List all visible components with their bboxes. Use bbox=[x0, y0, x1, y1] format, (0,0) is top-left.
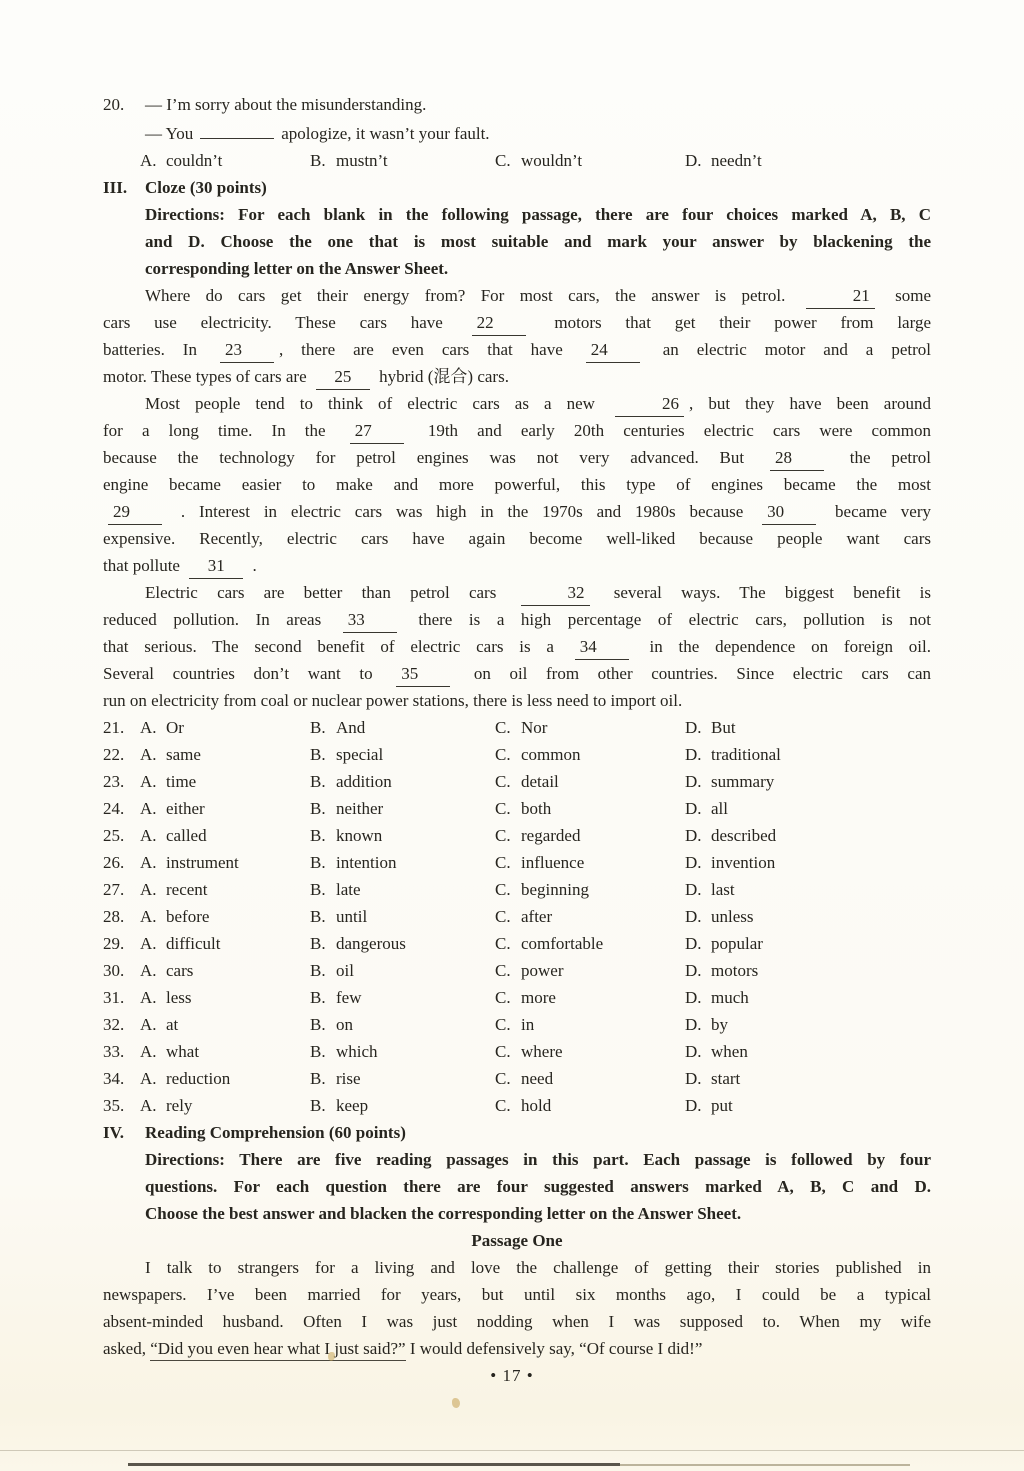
directions-line: Directions: For each blank in the follow… bbox=[145, 201, 931, 228]
directions-line: and D. Choose the one that is most suita… bbox=[145, 228, 931, 255]
page-number: • 17 • bbox=[0, 1366, 1024, 1386]
option-cell: A.rely bbox=[140, 1092, 310, 1119]
section-iii-directions: Directions: For each blank in the follow… bbox=[145, 201, 931, 282]
options-row: 23.A.timeB.additionC.detailD.summary bbox=[103, 768, 931, 795]
answer-blank bbox=[200, 118, 274, 139]
option-letter: A. bbox=[140, 876, 166, 903]
option-cell: A.time bbox=[140, 768, 310, 795]
option-letter: C. bbox=[495, 822, 521, 849]
option-cell: B.oil bbox=[310, 957, 495, 984]
option-letter: D. bbox=[685, 822, 711, 849]
option-letter: A. bbox=[140, 1011, 166, 1038]
option-cell: B.special bbox=[310, 741, 495, 768]
option-cell: B.keep bbox=[310, 1092, 495, 1119]
option-cell: C.wouldn’t bbox=[495, 147, 685, 174]
option-cell: D.start bbox=[685, 1065, 931, 1092]
options-row: 32.A.atB.onC.inD.by bbox=[103, 1011, 931, 1038]
cloze-blank-34: 34 bbox=[575, 636, 629, 660]
option-cell: B.until bbox=[310, 903, 495, 930]
option-letter: B. bbox=[310, 714, 336, 741]
option-cell: B.dangerous bbox=[310, 930, 495, 957]
section-iv-numeral: IV. bbox=[103, 1119, 145, 1146]
cloze-blank-31: 31 bbox=[189, 555, 243, 579]
question-20-line2-pre: — You bbox=[145, 124, 193, 143]
option-letter: D. bbox=[685, 147, 711, 174]
section-iv-header: IV. Reading Comprehension (60 points) bbox=[103, 1119, 931, 1146]
option-letter: D. bbox=[685, 768, 711, 795]
cloze-options: 21.A.OrB.AndC.NorD.But22.A.sameB.special… bbox=[103, 714, 931, 1119]
cloze-blank-27: 27 bbox=[350, 420, 404, 444]
cloze-line: batteries. In 23, there are even cars th… bbox=[103, 336, 931, 363]
option-cell: B.late bbox=[310, 876, 495, 903]
option-number: 24. bbox=[103, 795, 140, 822]
option-cell: B.neither bbox=[310, 795, 495, 822]
option-cell: C.after bbox=[495, 903, 685, 930]
option-letter: C. bbox=[495, 147, 521, 174]
option-letter: D. bbox=[685, 930, 711, 957]
directions-line: questions. For each question there are f… bbox=[145, 1173, 931, 1200]
question-20-options: A.couldn’tB.mustn’tC.wouldn’tD.needn’t bbox=[103, 147, 931, 174]
option-letter: A. bbox=[140, 147, 166, 174]
cloze-blank-33: 33 bbox=[343, 609, 397, 633]
option-cell: C.detail bbox=[495, 768, 685, 795]
passage-line: I talk to strangers for a living and lov… bbox=[103, 1254, 931, 1281]
question-20-line1: — I’m sorry about the misunderstanding. bbox=[145, 91, 426, 118]
passage-one-title: Passage One bbox=[103, 1227, 931, 1254]
option-letter: B. bbox=[310, 984, 336, 1011]
option-letter: D. bbox=[685, 984, 711, 1011]
option-letter: C. bbox=[495, 849, 521, 876]
option-letter: D. bbox=[685, 795, 711, 822]
question-20: 20. — I’m sorry about the misunderstandi… bbox=[103, 91, 931, 118]
options-row: 27.A.recentB.lateC.beginningD.last bbox=[103, 876, 931, 903]
cloze-blank-29: 29 bbox=[108, 501, 162, 525]
option-letter: D. bbox=[685, 741, 711, 768]
option-cell: D.traditional bbox=[685, 741, 931, 768]
cloze-line: motor. These types of cars are 25 hybrid… bbox=[103, 363, 931, 390]
option-letter: A. bbox=[140, 930, 166, 957]
cloze-blank-26: 26 bbox=[615, 393, 684, 417]
option-cell: A.instrument bbox=[140, 849, 310, 876]
option-number: 25. bbox=[103, 822, 140, 849]
options-row: 24.A.eitherB.neitherC.bothD.all bbox=[103, 795, 931, 822]
options-row: 25.A.calledB.knownC.regardedD.described bbox=[103, 822, 931, 849]
cloze-line: 29 . Interest in electric cars was high … bbox=[103, 498, 931, 525]
cloze-line: Electric cars are better than petrol car… bbox=[103, 579, 931, 606]
option-letter: A. bbox=[140, 714, 166, 741]
option-letter: A. bbox=[140, 1065, 166, 1092]
option-letter: B. bbox=[310, 147, 336, 174]
options-row: 29.A.difficultB.dangerousC.comfortableD.… bbox=[103, 930, 931, 957]
cloze-line: cars use electricity. These cars have 22… bbox=[103, 309, 931, 336]
passage-line: absent-minded husband. Often I was just … bbox=[103, 1308, 931, 1335]
cloze-blank-24: 24 bbox=[586, 339, 640, 363]
options-row: 26.A.instrumentB.intentionC.influenceD.i… bbox=[103, 849, 931, 876]
option-cell: C.where bbox=[495, 1038, 685, 1065]
option-letter: B. bbox=[310, 1038, 336, 1065]
option-letter: B. bbox=[310, 903, 336, 930]
scan-stain bbox=[452, 1398, 460, 1408]
option-cell: B.on bbox=[310, 1011, 495, 1038]
cloze-paragraph: Electric cars are better than petrol car… bbox=[103, 579, 931, 714]
option-cell: B.mustn’t bbox=[310, 147, 495, 174]
section-iii-header: III. Cloze (30 points) bbox=[103, 174, 931, 201]
option-letter: C. bbox=[495, 1038, 521, 1065]
cloze-blank-28: 28 bbox=[770, 447, 824, 471]
option-letter: D. bbox=[685, 1065, 711, 1092]
options-row: 31.A.lessB.fewC.moreD.much bbox=[103, 984, 931, 1011]
scan-artifact-line bbox=[0, 1450, 1024, 1451]
cloze-passage: Where do cars get their energy from? For… bbox=[103, 282, 931, 714]
option-letter: D. bbox=[685, 1038, 711, 1065]
option-cell: A.reduction bbox=[140, 1065, 310, 1092]
option-cell: D.described bbox=[685, 822, 931, 849]
option-letter: B. bbox=[310, 1065, 336, 1092]
options-row: 21.A.OrB.AndC.NorD.But bbox=[103, 714, 931, 741]
option-letter: A. bbox=[140, 957, 166, 984]
cloze-line: engine became easier to make and more po… bbox=[103, 471, 931, 498]
cloze-blank-30: 30 bbox=[762, 501, 816, 525]
option-cell: A.at bbox=[140, 1011, 310, 1038]
option-letter: C. bbox=[495, 768, 521, 795]
option-cell: D.unless bbox=[685, 903, 931, 930]
passage-line: asked, “Did you even hear what I just sa… bbox=[103, 1335, 931, 1362]
option-cell: B.addition bbox=[310, 768, 495, 795]
option-letter: D. bbox=[685, 1092, 711, 1119]
option-number: 26. bbox=[103, 849, 140, 876]
directions-line: corresponding letter on the Answer Sheet… bbox=[145, 255, 931, 282]
option-cell: A.couldn’t bbox=[140, 147, 310, 174]
option-letter: D. bbox=[685, 714, 711, 741]
option-cell: D.But bbox=[685, 714, 931, 741]
option-cell: A.cars bbox=[140, 957, 310, 984]
option-cell: C.regarded bbox=[495, 822, 685, 849]
option-cell: A.same bbox=[140, 741, 310, 768]
section-iv-title: Reading Comprehension (60 points) bbox=[145, 1119, 406, 1146]
option-letter: C. bbox=[495, 957, 521, 984]
option-cell: A.difficult bbox=[140, 930, 310, 957]
option-cell: D.needn’t bbox=[685, 147, 931, 174]
cloze-line: Where do cars get their energy from? For… bbox=[103, 282, 931, 309]
cloze-blank-23: 23 bbox=[220, 339, 274, 363]
cloze-blank-22: 22 bbox=[472, 312, 526, 336]
option-cell: C.more bbox=[495, 984, 685, 1011]
option-letter: C. bbox=[495, 741, 521, 768]
option-letter: D. bbox=[685, 903, 711, 930]
option-cell: C.Nor bbox=[495, 714, 685, 741]
option-cell: A.either bbox=[140, 795, 310, 822]
cloze-line: Several countries don’t want to 35 on oi… bbox=[103, 660, 931, 687]
question-20-line2-post: apologize, it wasn’t your fault. bbox=[281, 124, 489, 143]
option-cell: B.which bbox=[310, 1038, 495, 1065]
option-number: 28. bbox=[103, 903, 140, 930]
option-number: 34. bbox=[103, 1065, 140, 1092]
option-cell: B.rise bbox=[310, 1065, 495, 1092]
option-letter: B. bbox=[310, 768, 336, 795]
cloze-line: that serious. The second benefit of elec… bbox=[103, 633, 931, 660]
option-number: 33. bbox=[103, 1038, 140, 1065]
option-letter: C. bbox=[495, 714, 521, 741]
option-letter: D. bbox=[685, 1011, 711, 1038]
option-cell: D.by bbox=[685, 1011, 931, 1038]
option-letter: C. bbox=[495, 1011, 521, 1038]
section-iii-numeral: III. bbox=[103, 174, 145, 201]
option-cell: D.summary bbox=[685, 768, 931, 795]
cloze-line: because the technology for petrol engine… bbox=[103, 444, 931, 471]
options-row: 34.A.reductionB.riseC.needD.start bbox=[103, 1065, 931, 1092]
options-row: 30.A.carsB.oilC.powerD.motors bbox=[103, 957, 931, 984]
option-number: 29. bbox=[103, 930, 140, 957]
options-row: 35.A.relyB.keepC.holdD.put bbox=[103, 1092, 931, 1119]
option-cell: B.And bbox=[310, 714, 495, 741]
option-cell: A.Or bbox=[140, 714, 310, 741]
option-cell: C.need bbox=[495, 1065, 685, 1092]
option-cell: A.less bbox=[140, 984, 310, 1011]
section-iii-title: Cloze (30 points) bbox=[145, 174, 267, 201]
option-cell: B.intention bbox=[310, 849, 495, 876]
option-letter: B. bbox=[310, 1011, 336, 1038]
option-letter: D. bbox=[685, 957, 711, 984]
option-letter: A. bbox=[140, 1038, 166, 1065]
option-number: 30. bbox=[103, 957, 140, 984]
option-cell: C.beginning bbox=[495, 876, 685, 903]
section-iv-directions: Directions: There are five reading passa… bbox=[145, 1146, 931, 1227]
option-cell: B.known bbox=[310, 822, 495, 849]
exam-page-content: 20. — I’m sorry about the misunderstandi… bbox=[103, 91, 931, 1362]
option-cell: D.all bbox=[685, 795, 931, 822]
option-letter: C. bbox=[495, 795, 521, 822]
cloze-line: expensive. Recently, electric cars have … bbox=[103, 525, 931, 552]
directions-line: Choose the best answer and blacken the c… bbox=[145, 1200, 931, 1227]
option-letter: D. bbox=[685, 849, 711, 876]
option-letter: A. bbox=[140, 768, 166, 795]
options-row: 28.A.beforeB.untilC.afterD.unless bbox=[103, 903, 931, 930]
option-cell: C.comfortable bbox=[495, 930, 685, 957]
cloze-line: that pollute 31 . bbox=[103, 552, 931, 579]
option-letter: B. bbox=[310, 957, 336, 984]
option-cell: A.called bbox=[140, 822, 310, 849]
option-letter: C. bbox=[495, 903, 521, 930]
option-letter: B. bbox=[310, 1092, 336, 1119]
cloze-line: for a long time. In the 27 19th and earl… bbox=[103, 417, 931, 444]
cloze-blank-25: 25 bbox=[316, 366, 370, 390]
option-cell: C.common bbox=[495, 741, 685, 768]
option-number: 23. bbox=[103, 768, 140, 795]
option-cell: D.invention bbox=[685, 849, 931, 876]
option-cell: C.in bbox=[495, 1011, 685, 1038]
question-number: 20. bbox=[103, 91, 145, 118]
cloze-paragraph: Where do cars get their energy from? For… bbox=[103, 282, 931, 390]
option-number: 21. bbox=[103, 714, 140, 741]
option-letter: D. bbox=[685, 876, 711, 903]
option-cell: A.recent bbox=[140, 876, 310, 903]
option-letter: B. bbox=[310, 876, 336, 903]
option-letter: A. bbox=[140, 795, 166, 822]
scan-artifact-line bbox=[620, 1464, 910, 1466]
option-letter: B. bbox=[310, 849, 336, 876]
question-20-line2: — Youapologize, it wasn’t your fault. bbox=[145, 118, 931, 147]
option-cell: D.when bbox=[685, 1038, 931, 1065]
option-letter: A. bbox=[140, 849, 166, 876]
option-cell: A.before bbox=[140, 903, 310, 930]
option-letter: C. bbox=[495, 930, 521, 957]
option-letter: A. bbox=[140, 822, 166, 849]
option-letter: C. bbox=[495, 876, 521, 903]
option-cell: D.last bbox=[685, 876, 931, 903]
directions-line: Directions: There are five reading passa… bbox=[145, 1146, 931, 1173]
cloze-line: Most people tend to think of electric ca… bbox=[103, 390, 931, 417]
option-cell: D.much bbox=[685, 984, 931, 1011]
option-letter: C. bbox=[495, 1092, 521, 1119]
option-letter: B. bbox=[310, 822, 336, 849]
cloze-paragraph: Most people tend to think of electric ca… bbox=[103, 390, 931, 579]
scan-artifact-line bbox=[128, 1463, 620, 1466]
option-cell: D.motors bbox=[685, 957, 931, 984]
option-cell: A.what bbox=[140, 1038, 310, 1065]
cloze-blank-35: 35 bbox=[396, 663, 450, 687]
option-number: 22. bbox=[103, 741, 140, 768]
option-letter: C. bbox=[495, 984, 521, 1011]
option-letter: C. bbox=[495, 1065, 521, 1092]
option-letter: A. bbox=[140, 741, 166, 768]
option-letter: B. bbox=[310, 795, 336, 822]
cloze-blank-32: 32 bbox=[521, 582, 590, 606]
option-cell: D.popular bbox=[685, 930, 931, 957]
option-letter: B. bbox=[310, 930, 336, 957]
cloze-line: run on electricity from coal or nuclear … bbox=[103, 687, 931, 714]
cloze-blank-21: 21 bbox=[806, 285, 875, 309]
option-letter: B. bbox=[310, 741, 336, 768]
option-letter: A. bbox=[140, 903, 166, 930]
option-letter: A. bbox=[140, 1092, 166, 1119]
options-row: 33.A.whatB.whichC.whereD.when bbox=[103, 1038, 931, 1065]
passage-line: newspapers. I’ve been married for years,… bbox=[103, 1281, 931, 1308]
option-cell: C.hold bbox=[495, 1092, 685, 1119]
underlined-phrase: “Did you even hear what I just said?” bbox=[150, 1339, 405, 1361]
option-number: 32. bbox=[103, 1011, 140, 1038]
option-cell: C.power bbox=[495, 957, 685, 984]
option-number: 27. bbox=[103, 876, 140, 903]
option-number bbox=[103, 147, 140, 174]
option-letter: A. bbox=[140, 984, 166, 1011]
option-cell: C.influence bbox=[495, 849, 685, 876]
option-number: 31. bbox=[103, 984, 140, 1011]
option-cell: B.few bbox=[310, 984, 495, 1011]
option-cell: C.both bbox=[495, 795, 685, 822]
option-cell: D.put bbox=[685, 1092, 931, 1119]
cloze-line: reduced pollution. In areas 33 there is … bbox=[103, 606, 931, 633]
option-number: 35. bbox=[103, 1092, 140, 1119]
options-row: 22.A.sameB.specialC.commonD.traditional bbox=[103, 741, 931, 768]
passage-one-body: I talk to strangers for a living and lov… bbox=[103, 1254, 931, 1362]
